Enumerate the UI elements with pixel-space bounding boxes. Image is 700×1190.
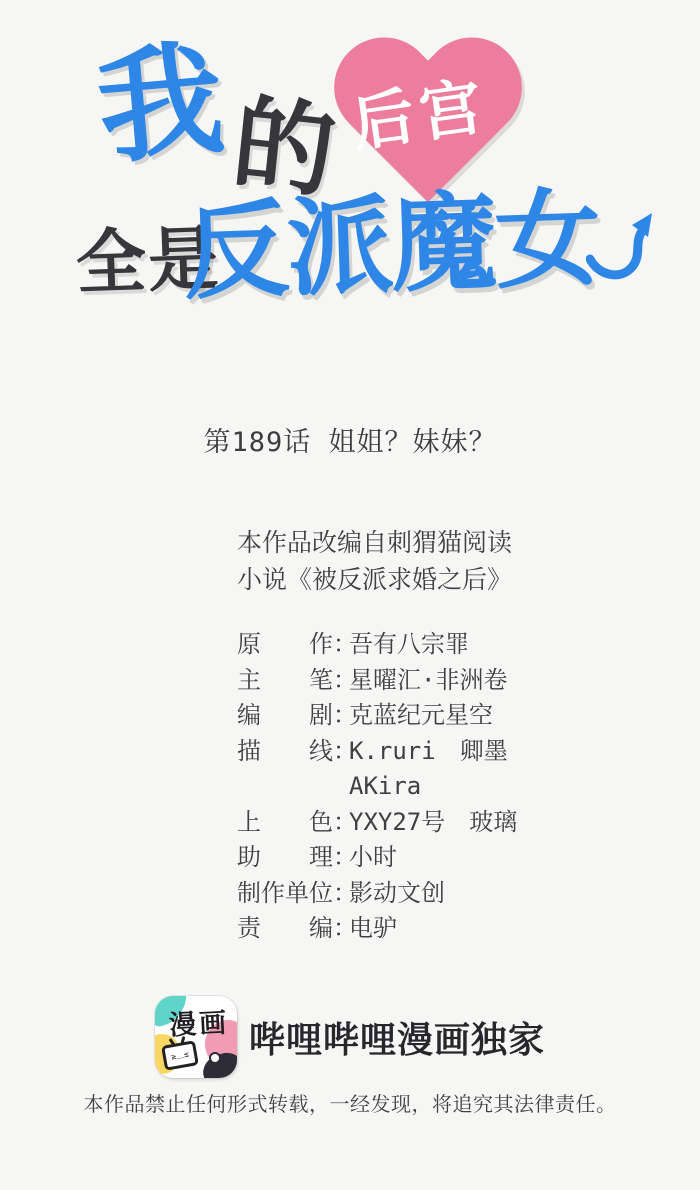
credit-row: 制作单位：影动文创 (237, 876, 517, 912)
credit-colon: ： (333, 911, 349, 947)
credit-value: 电驴 (349, 911, 397, 947)
brand-row: 漫画 ≥﹏≤ 哔哩哔哩漫画独家 (0, 995, 700, 1079)
copyright-notice: 本作品禁止任何形式转载，一经发现，将追究其法律责任。 (0, 1088, 700, 1117)
logo-word-wo: 我 (93, 37, 228, 172)
exclusive-label: 哔哩哔哩漫画独家 (249, 1012, 545, 1063)
credit-colon: ： (333, 698, 349, 734)
credits-list: 原作：吾有八宗罪 主笔：星曜汇·非洲卷 编剧：克蓝纪元星空 描线：K.ruri … (237, 627, 517, 947)
adaptation-line-1: 本作品改编自刺猬猫阅读 (237, 524, 512, 561)
icon-hand-dot (209, 1052, 221, 1064)
chapter-title: 第189话 姐姐？妹妹？ (0, 420, 700, 459)
credit-role-label: 原作 (237, 627, 333, 663)
credit-colon: ： (333, 876, 349, 912)
credit-colon: ： (333, 663, 349, 699)
credit-row: 责编：电驴 (237, 911, 517, 947)
credit-colon: ： (333, 734, 349, 770)
credit-row: 编剧：克蓝纪元星空 (237, 698, 517, 734)
credit-value: 吾有八宗罪 (349, 627, 469, 663)
credit-value: 影动文创 (349, 876, 445, 912)
credit-row: 助理：小时 (237, 840, 517, 876)
credit-role-label: 编剧 (237, 698, 333, 734)
credit-role-label: 主笔 (237, 663, 333, 699)
app-icon-manhua-text: 漫画 (168, 1000, 230, 1042)
credit-colon: ： (333, 627, 349, 663)
credit-colon: ： (333, 840, 349, 876)
credit-role-label: 制作单位 (237, 876, 333, 912)
credit-value: K.ruri 卿墨 (349, 734, 508, 770)
comic-title-page: 我 的 后宫 全是 反派魔女 第189话 姐姐？妹妹？ 本作品改编自刺猬猫阅读 … (0, 0, 700, 1190)
credit-row-continuation: AKira (237, 769, 517, 805)
tv-face-icon: ≥﹏≤ (161, 1040, 199, 1071)
credit-row: 原作：吾有八宗罪 (237, 627, 517, 663)
bilibili-manga-app-icon: 漫画 ≥﹏≤ (155, 996, 237, 1078)
credit-value: AKira (349, 769, 421, 805)
credit-value: 小时 (349, 840, 397, 876)
credit-role-label: 上色 (237, 805, 333, 841)
adaptation-line-2: 小说《被反派求婚之后》 (237, 561, 512, 598)
logo-word-fanpai: 反派魔女 (181, 186, 600, 306)
credit-value: YXY27号 玻璃 (349, 805, 517, 841)
series-title-logo: 我 的 后宫 全是 反派魔女 (0, 0, 700, 340)
credit-row: 描线：K.ruri 卿墨 (237, 734, 517, 770)
credit-role-label: 描线 (237, 734, 333, 770)
credit-role-label: 责编 (237, 911, 333, 947)
credit-role-label: 助理 (237, 840, 333, 876)
adaptation-notice: 本作品改编自刺猬猫阅读 小说《被反派求婚之后》 (237, 524, 512, 598)
credit-row: 上色：YXY27号 玻璃 (237, 805, 517, 841)
logo-word-hougong: 后宫 (348, 75, 491, 155)
credit-value: 星曜汇·非洲卷 (349, 663, 507, 699)
credit-colon: ： (333, 805, 349, 841)
devil-tail-icon (586, 205, 658, 287)
credit-row: 主笔：星曜汇·非洲卷 (237, 663, 517, 699)
credit-value: 克蓝纪元星空 (349, 698, 493, 734)
